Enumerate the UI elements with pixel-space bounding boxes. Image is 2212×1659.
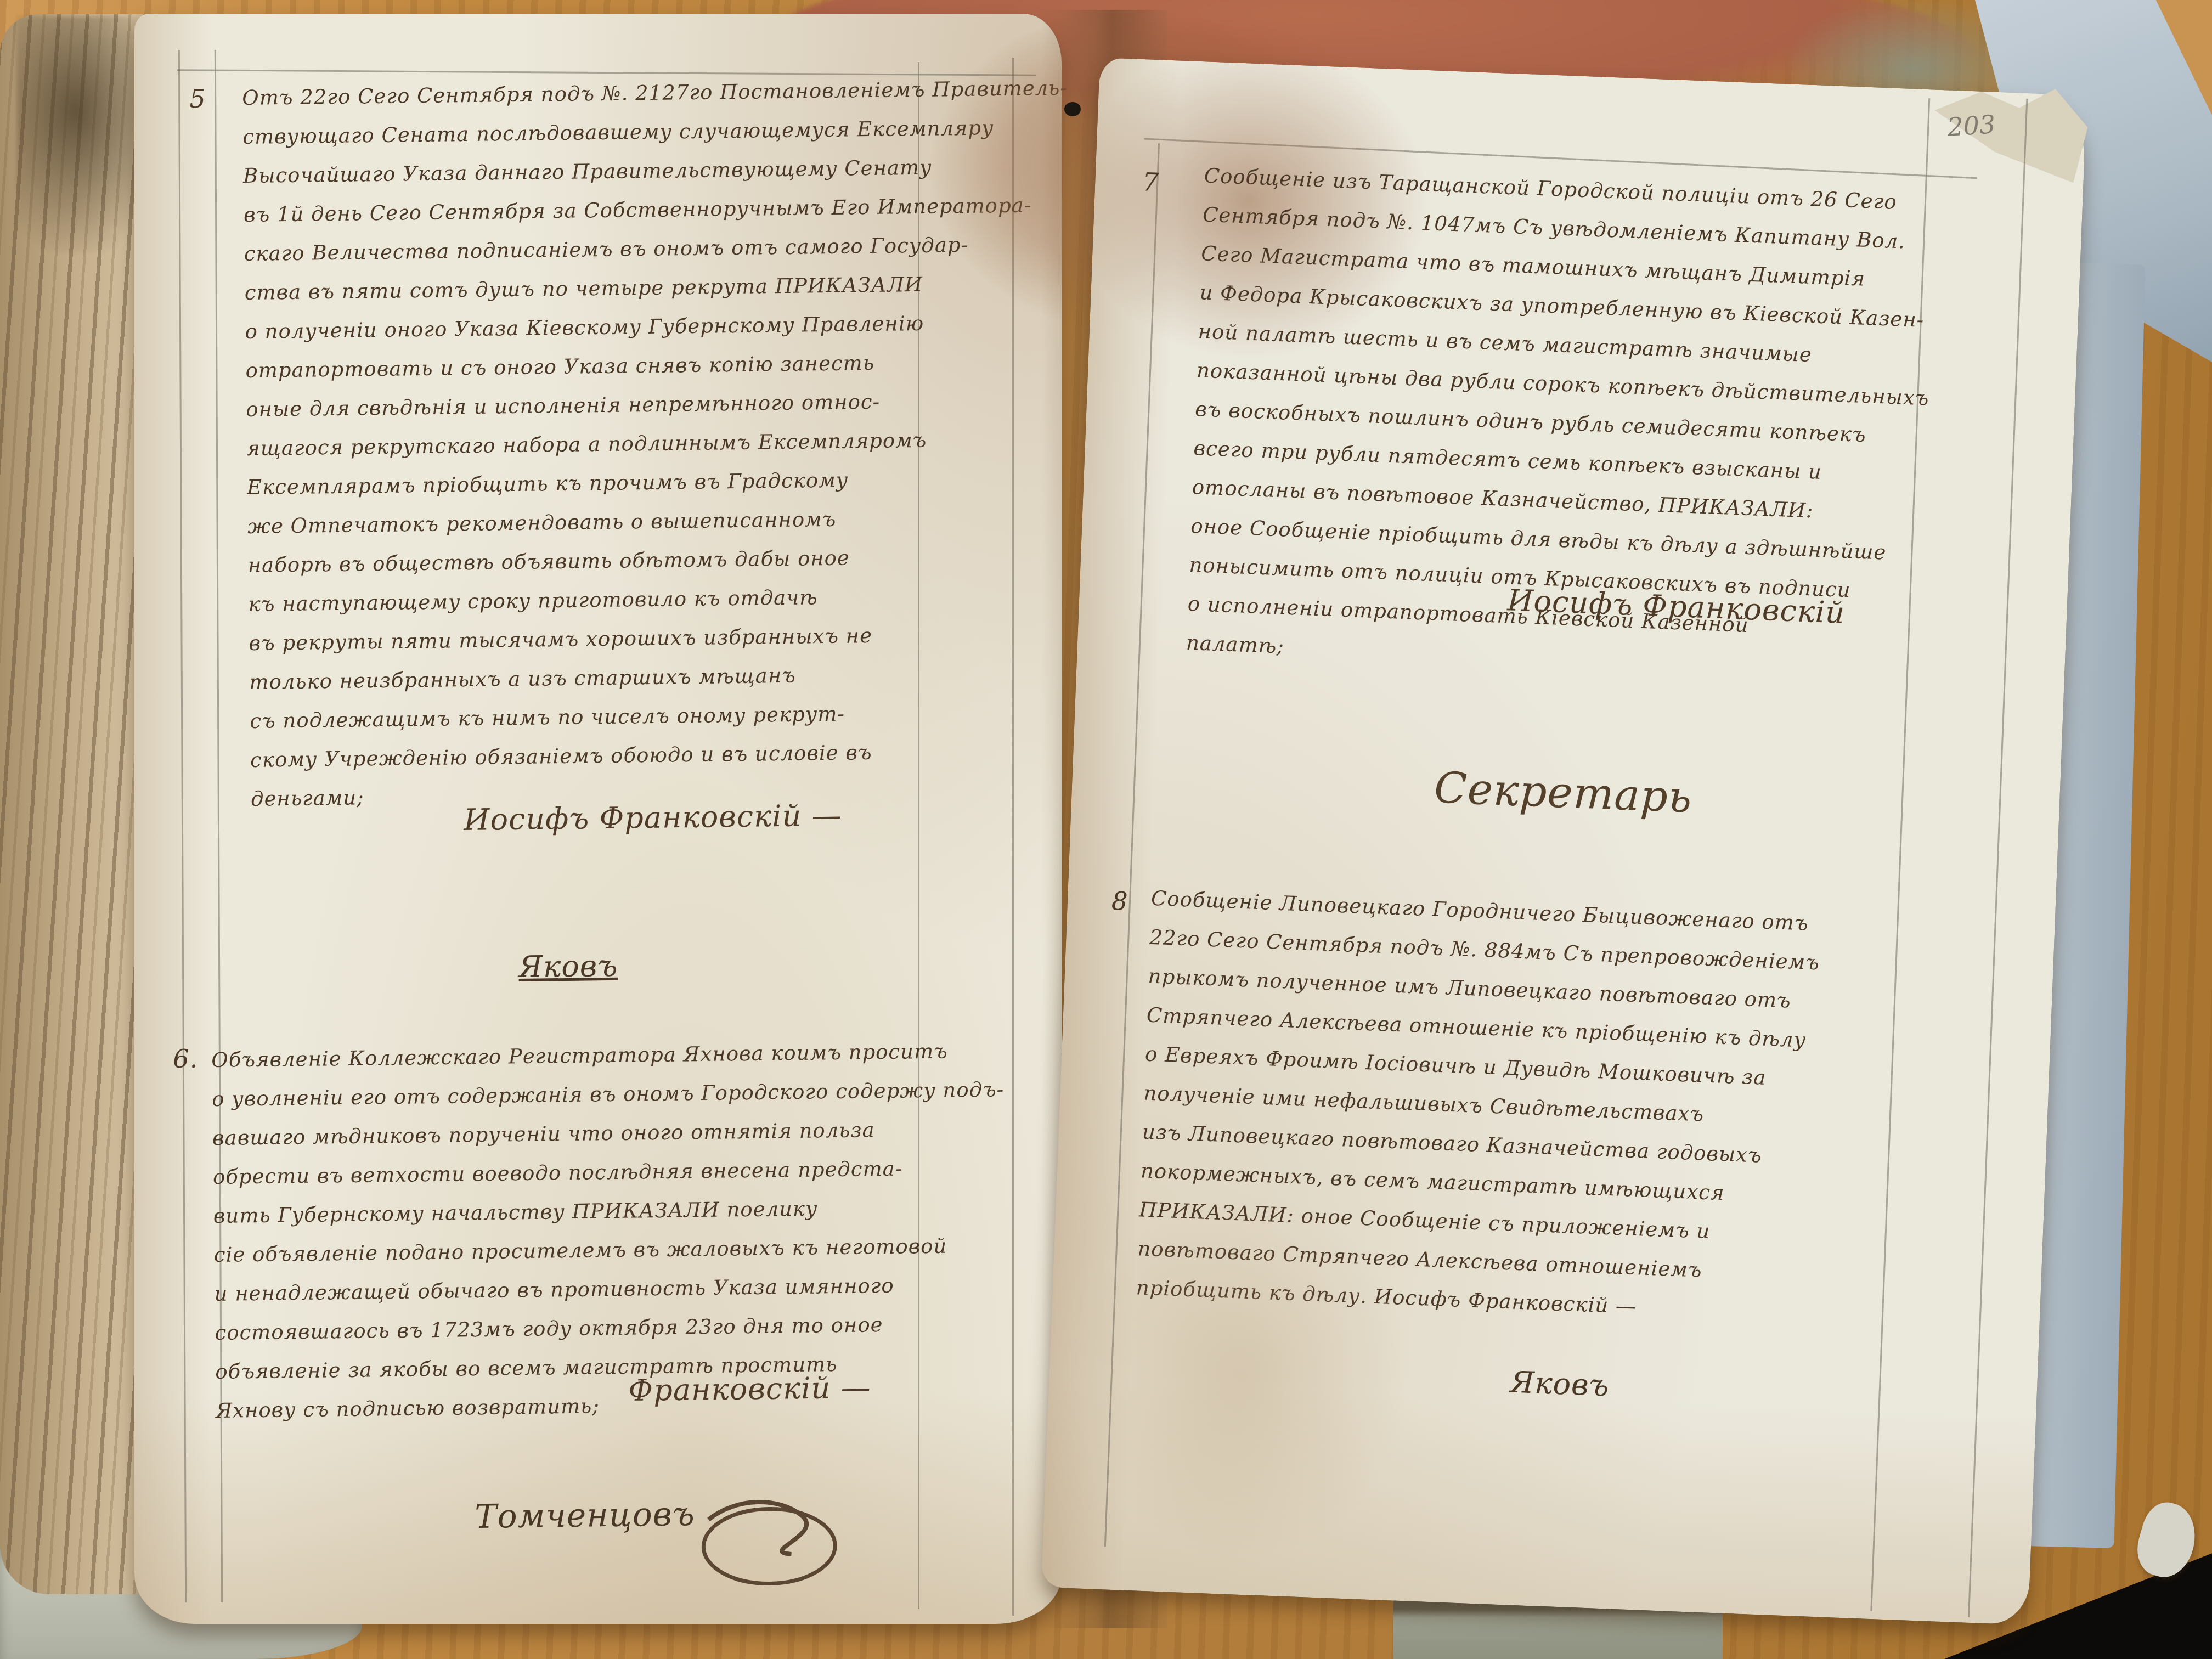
ink-blot: [1064, 102, 1081, 116]
entry-6-text: Объявленіе Коллежскаго Регистратора Яхно…: [211, 1031, 1008, 1430]
signature: Франковскій —: [628, 1370, 871, 1408]
entry-number: 7: [1142, 167, 1159, 197]
ruled-margin-line: [178, 50, 187, 1602]
left-page: 5 Отъ 22го Сего Сентября подъ №. 2127го …: [134, 14, 1062, 1624]
secretary-title: Секретарь: [1434, 763, 1693, 822]
manuscript-photo: 5 Отъ 22го Сего Сентября подъ №. 2127го …: [0, 0, 2212, 1659]
entry-number: 8: [1111, 886, 1128, 916]
page-number: 203: [1946, 109, 1996, 142]
clerk-flourish-signature: Томченцовъ: [475, 1485, 842, 1594]
right-page: 203 7 Сообщеніе изъ Таращанской Городско…: [1041, 58, 2087, 1625]
signature-flourish-icon: [675, 1485, 841, 1592]
ruled-margin-line: [1968, 99, 2028, 1617]
entry-number: 6.: [173, 1043, 199, 1074]
signature: Иосифъ Франковскій —: [464, 798, 842, 837]
flourish-name: Томченцовъ: [475, 1495, 695, 1536]
entry-number: 5: [189, 84, 206, 114]
clerk-mark: Яковъ: [518, 949, 618, 984]
clerk-mark: Яковъ: [1510, 1365, 1610, 1403]
